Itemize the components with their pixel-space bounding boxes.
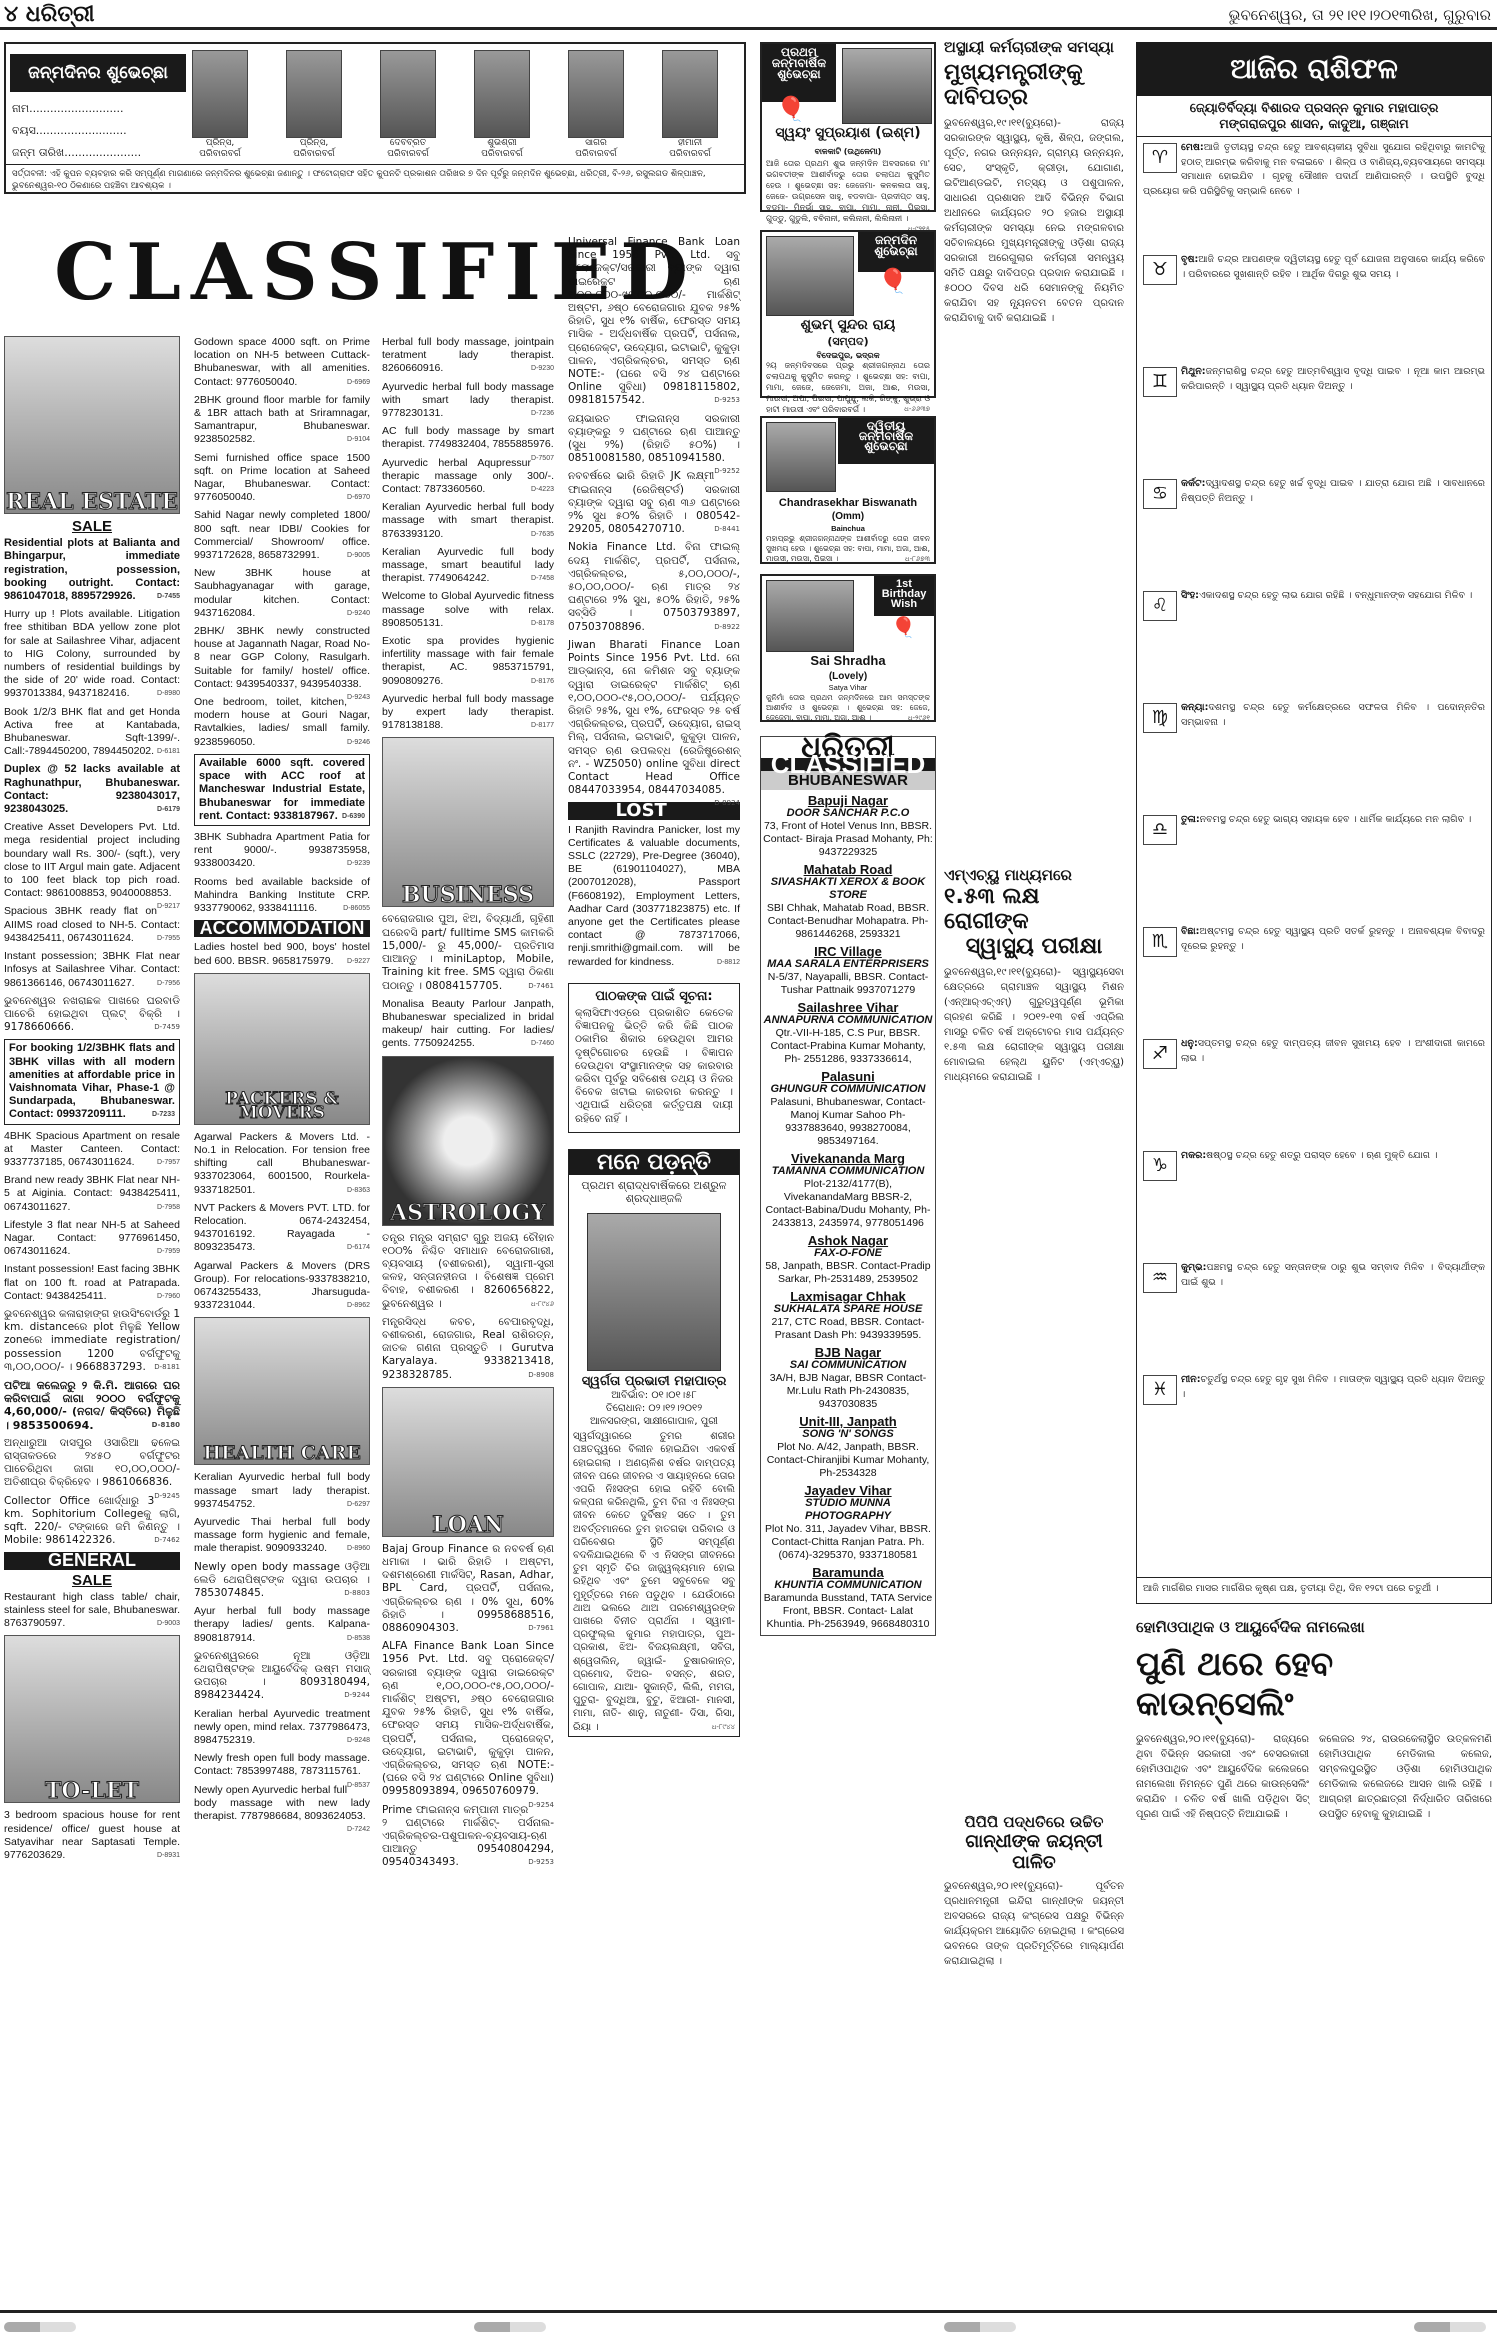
horoscope-sign-sagittarius: ♐ଧନୁ:ସପ୍ତମସ୍ଥ ଚନ୍ଦ୍ର ହେତୁ ଦାମ୍ପତ୍ୟ ଜୀବନ … bbox=[1143, 1037, 1485, 1147]
reader-notice-box: ପାଠକଙ୍କ ପାଇଁ ସୂଚନା: କ୍ଲାସିଫାଏଡ୍‌ରେ ପ୍ରକା… bbox=[568, 983, 740, 1133]
story2-kicker: ଏମ୍‌ଏଚ୍‌ୟୁ ମାଧ୍ୟମରେ bbox=[944, 866, 1124, 884]
horoscope-sign-aquarius: ♒କୁମ୍ଭ:ପଞ୍ଚମସ୍ଥ ଚନ୍ଦ୍ର ହେତୁ ସନ୍ତାନଙ୍କ ଠା… bbox=[1143, 1261, 1485, 1371]
classified-ad: Universal Finance Bank Loan Since 1956 P… bbox=[568, 236, 740, 408]
homeo-story-body: ଭୁବନେଶ୍ୱର,୨୦।୧୧(ବ୍ୟୁରୋ)- ରାଜ୍ୟରେ ଥିବା ବି… bbox=[1136, 1732, 1492, 1822]
horoscope-sign-cancer: ♋କର୍କଟ:ଦ୍ୱାଦଶସ୍ଥ ଚନ୍ଦ୍ର ହେତୁ ଖର୍ଚ୍ଚ ବୃଦ୍… bbox=[1143, 477, 1485, 587]
horoscope-sign-virgo: ♍କନ୍ୟା:ଦଶମସ୍ଥ ଚନ୍ଦ୍ର ହେତୁ କର୍ମକ୍ଷେତ୍ରରେ … bbox=[1143, 701, 1485, 811]
classified-ad: Agarwal Packers & Movers Ltd. - No.1 in … bbox=[194, 1131, 370, 1197]
page-tab-marker bbox=[4, 2322, 76, 2332]
story2-headline-2: ସ୍ୱାସ୍ଥ୍ୟ ପରୀକ୍ଷା bbox=[944, 934, 1124, 959]
classified-ad: Ayurvedic herbal Aqupressur therapic mas… bbox=[382, 457, 554, 497]
reader-notice-title: ପାଠକଙ୍କ ପାଇଁ ସୂଚନା: bbox=[575, 990, 733, 1003]
wish-name: Chandrasekhar Biswanath bbox=[762, 498, 934, 508]
dateline: ଭୁବନେଶ୍ୱର, ତା ୨୧।୧୧।୨୦୧୩ରିଖ, ଗୁରୁବାର bbox=[1229, 6, 1491, 24]
directory-entry: BJB NagarSAI COMMUNICATION3A/H, BJB Naga… bbox=[763, 1346, 933, 1411]
directory-title: CLASSIFIED bbox=[761, 758, 935, 771]
homeo-story-col-left: ଭୁବନେଶ୍ୱର,୨୦।୧୧(ବ୍ୟୁରୋ)- ରାଜ୍ୟରେ ଥିବା ବି… bbox=[1136, 1732, 1309, 1822]
story1-body: ଭୁବନେଶ୍ୱର,୧୯।୧୧(ବ୍ୟୁରୋ)- ରାଜ୍ୟ ସରକାରଙ୍କ … bbox=[944, 116, 1124, 856]
birthday-wish-ad: 1st Birthday Wish 🎈 Sai Shradha (Lovely)… bbox=[760, 574, 936, 722]
memorial-header: ମନେ ପଡ଼ନ୍ତି bbox=[569, 1150, 739, 1175]
horoscope-sign-pisces: ♓ମୀନ:ଚତୁର୍ଥସ୍ଥ ଚନ୍ଦ୍ର ହେତୁ ଗୃହ ସୁଖ ମିଳିବ… bbox=[1143, 1373, 1485, 1483]
story3-body: ଭୁବନେଶ୍ୱର,୨୦।୧୧(ବ୍ୟୁରୋ)- ପୂର୍ବତନ ପ୍ରଧାନମ… bbox=[944, 1879, 1124, 1969]
accommodation-heading: ACCOMMODATION bbox=[194, 920, 370, 937]
classified-ad: Residential plots at Balianta and Bhinga… bbox=[4, 537, 180, 603]
classified-ad: AC full body massage by smart therapist.… bbox=[382, 425, 554, 451]
reader-notice-body: କ୍ଲାସିଫାଏଡ୍‌ରେ ପ୍ରକାଶିତ କେତେକ ବିଜ୍ଞାପନକୁ… bbox=[575, 1007, 733, 1126]
story3-headline: ଗାନ୍ଧୀଙ୍କ ଜୟନ୍ତୀ ପାଳିତ bbox=[944, 1831, 1124, 1873]
birthday-wish-ad: ଜନ୍ମଦିନ ଶୁଭେଚ୍ଛା 🎈 ଶୁଭମ୍ ସୁନ୍ଦର ରାୟ (ସମ୍… bbox=[760, 230, 936, 398]
kid-photo bbox=[380, 50, 436, 138]
classified-ad: NVT Packers & Movers PVT. LTD. for Reloc… bbox=[194, 1202, 370, 1255]
directory-entry: PalasuniGHUNGUR COMMUNICATIONPalasuni, B… bbox=[763, 1070, 933, 1148]
astrology-label: ASTROLOGY bbox=[383, 1207, 553, 1220]
astrologer-name: ଜ୍ୟୋତିର୍ବିଦ୍ୟା ବିଶାରଦ ପ୍ରସନ୍ନ କୁମାର ମହାପ… bbox=[1137, 96, 1491, 116]
classified-ad: Newly open Ayurvedic herbal full body ma… bbox=[194, 1784, 370, 1824]
directory-entry: Unit-III, JanpathSONG 'N' SONGSPlot No. … bbox=[763, 1415, 933, 1480]
classified-ad: 3BHK Subhadra Apartment Patia for rent 9… bbox=[194, 831, 370, 871]
directory-entry: Laxmisagar ChhakSUKHALATA SPARE HOUSE217… bbox=[763, 1290, 933, 1342]
balloons-icon: 🎈 bbox=[878, 276, 908, 287]
page-bottom-rule bbox=[0, 2310, 1497, 2313]
directory-entry: Sailashree ViharANNAPURNA COMMUNICATIONQ… bbox=[763, 1001, 933, 1066]
horoscope-sign-libra: ♎ତୁଳା:ନବମସ୍ଥ ଚନ୍ଦ୍ର ହେତୁ ଭାଗ୍ୟ ସହାୟକ ହେବ… bbox=[1143, 813, 1485, 923]
packers-movers-image: PACKERS & MOVERS bbox=[194, 973, 370, 1125]
horoscope-sign-leo: ♌ସିଂହ:ଏକାଦଶସ୍ଥ ଚନ୍ଦ୍ର ହେତୁ ଲାଭ ଯୋଗ ରହିଛି… bbox=[1143, 589, 1485, 699]
horoscope-title: ଆଜିର ରାଶିଫଳ bbox=[1136, 42, 1492, 96]
classified-ad: New 3BHK house at Saubhagyanagar with ga… bbox=[194, 567, 370, 620]
column-wishes-directory: ପ୍ରଥମ ଜନ୍ମବାର୍ଷିକ ଶୁଭେଚ୍ଛା 🎈 ସ୍ୱୟଂ ସୁପ୍ର… bbox=[760, 42, 936, 1636]
wish-body: ଆଜି ତୋର ପ୍ରଥମ ଶୁଭ ଜନ୍ମଦିନ ଅବସରରେ ମା' ଭଗବ… bbox=[766, 158, 930, 235]
classified-ad: ଭୁବନେଶ୍ୱର ନଖରାଛକ ପାଖରେ ଘରବାଡି ପାଚେରି ହୋଇ… bbox=[4, 995, 180, 1035]
classified-ad: Hurry up ! Plots available. Litigation f… bbox=[4, 608, 180, 700]
kid-card: ପ୍ରିନ୍ସ,ପରିବାରବର୍ଗ bbox=[192, 50, 248, 160]
wish-label: 1st Birthday Wish bbox=[874, 576, 934, 616]
kid-card: ହୀମାନୀପରିବାରବର୍ଗ bbox=[662, 50, 718, 160]
scorpio-icon: ♏ bbox=[1143, 927, 1177, 957]
coupon-dob-field: ଜନ୍ମ ତାରିଖ...................... bbox=[12, 146, 141, 160]
memorial-born: ଆବିର୍ଭାବ: ୦୧।୦୧।୫୮ bbox=[569, 1389, 739, 1402]
directory-entry: Ashok NagarFAX-O-FONE58, Janpath, BBSR. … bbox=[763, 1234, 933, 1286]
wish-body: ମହାପ୍ରଭୁ ଶ୍ରୀଜଗନ୍ନାଥଙ୍କ ଆଶୀର୍ବାଦରୁ ତୋର ଜ… bbox=[766, 534, 930, 564]
classified-ad: Keralian Ayurvedic herbal full body mass… bbox=[194, 1471, 370, 1511]
classified-ad: Welcome to Global Ayurvedic fitness mass… bbox=[382, 590, 554, 630]
classified-ad: Prime ଫାଇନାନ୍ସ କମ୍ପାନୀ ମାତ୍ର ୨ ଘଣ୍ଟାରେ ମ… bbox=[382, 1804, 554, 1870]
horoscope-box: ଜ୍ୟୋତିର୍ବିଦ୍ୟା ବିଶାରଦ ପ୍ରସନ୍ନ କୁମାର ମହାପ… bbox=[1136, 96, 1492, 1604]
directory-entry: BaramundaKHUNTIA COMMUNICATIONBaramunda … bbox=[763, 1566, 933, 1631]
column-real-estate: REAL ESTATE SALE Residential plots at Ba… bbox=[4, 336, 180, 1867]
kid-photo bbox=[474, 50, 530, 138]
classified-ad: Sahid Nagar newly completed 1800/ 800 sq… bbox=[194, 509, 370, 562]
classified-ad: ଭୁବନେଶ୍ୱରରେ ନୂଆ ଓଡ଼ିଆ ଥେରାପିଷ୍ଟଙ୍କ ଆୟୁର୍… bbox=[194, 1650, 370, 1703]
homeo-story-col-right: କଲେଜର ୨୪, ରାଉରକେଲାସ୍ଥିତ ଉତ୍କଳମଣି ହୋମିଓପା… bbox=[1319, 1732, 1492, 1822]
classified-ad: Ayur herbal full body massage therapy la… bbox=[194, 1605, 370, 1645]
classified-ad: One bedroom, toilet, kitchen, modern hou… bbox=[194, 696, 370, 749]
coupon-terms: ସର୍ତ୍ତାବଳୀ: ଏହି କୁପନ ବ୍ୟବହାର କରି ସମ୍ପୂର୍… bbox=[6, 164, 744, 195]
directory-entry: Jayadev ViharSTUDIO MUNNA PHOTOGRAPHYPlo… bbox=[763, 1484, 933, 1562]
baby-photo bbox=[766, 422, 836, 492]
birthday-wish-ad: ଦ୍ୱିତୀୟ ଜନ୍ମବାର୍ଷିକ ଶୁଭେଚ୍ଛା Chandrasekh… bbox=[760, 416, 936, 564]
page-tab-marker bbox=[944, 2322, 1016, 2332]
classified-ad: Godown space 4000 sqft. on Prime locatio… bbox=[194, 336, 370, 389]
story2-body: ଭୁବନେଶ୍ୱର,୧୯।୧୧(ବ୍ୟୁରୋ)- ସ୍ୱାସ୍ଥ୍ୟସେବା କ… bbox=[944, 965, 1124, 1805]
leo-icon: ♌ bbox=[1143, 591, 1177, 621]
wish-label: ପ୍ରଥମ ଜନ୍ମବାର୍ଷିକ ଶୁଭେଚ୍ଛା bbox=[762, 44, 836, 102]
kid-card: ଦେବବ୍ରତପରିବାରବର୍ଗ bbox=[380, 50, 436, 160]
memorial-subtitle: ପ୍ରଥମ ଶ୍ରାଦ୍ଧବାର୍ଷିକରେ ଅଶ୍ରୁଳ ଶ୍ରଦ୍ଧାଞ୍ଜ… bbox=[569, 1175, 739, 1209]
libra-icon: ♎ bbox=[1143, 815, 1177, 845]
classified-ad: Brand new ready 3BHK Flat near NH-5 at A… bbox=[4, 1174, 180, 1214]
classified-ad: Semi furnished office space 1500 sqft. o… bbox=[194, 452, 370, 505]
classified-ad: Bajaj Group Finance ର ନବବର୍ଷ ଋଣ ଧମାକା । … bbox=[382, 1543, 554, 1635]
real-estate-label: REAL ESTATE bbox=[5, 496, 179, 509]
kid-photo bbox=[568, 50, 624, 138]
birthday-coupon-title: ଜନ୍ମଦିନର ଶୁଭେଚ୍ଛା bbox=[10, 54, 186, 92]
wish-label: ଜନ୍ମଦିନ ଶୁଭେଚ୍ଛା bbox=[858, 232, 934, 272]
cancer-icon: ♋ bbox=[1143, 479, 1177, 509]
wish-name: ସ୍ୱୟଂ ସୁପ୍ରୟାଶ (ଇଶ୍ମ) bbox=[762, 128, 934, 139]
classified-ad: Ayurvedic herbal full body massage by ex… bbox=[382, 693, 554, 733]
sagittarius-icon: ♐ bbox=[1143, 1039, 1177, 1069]
page-tab-marker bbox=[1414, 2322, 1486, 2332]
column-horoscope: ଆଜିର ରାଶିଫଳ ଜ୍ୟୋତିର୍ବିଦ୍ୟା ବିଶାରଦ ପ୍ରସନ୍… bbox=[1136, 42, 1492, 1822]
birthday-wish-ad: ପ୍ରଥମ ଜନ୍ମବାର୍ଷିକ ଶୁଭେଚ୍ଛା 🎈 ସ୍ୱୟଂ ସୁପ୍ର… bbox=[760, 42, 936, 212]
masthead: ୪ ଧରିତ୍ରୀ ଭୁବନେଶ୍ୱର, ତା ୨୧।୧୧।୨୦୧୩ରିଖ, ଗ… bbox=[0, 0, 1497, 30]
coupon-name-field: ନାମ........................... bbox=[12, 102, 123, 116]
general-heading: GENERAL bbox=[4, 1552, 180, 1569]
real-estate-image: REAL ESTATE bbox=[4, 336, 180, 514]
loan-image: LOAN bbox=[382, 1387, 554, 1537]
kid-photo bbox=[192, 50, 248, 138]
classified-ad: Duplex @ 52 lacks available at Raghunath… bbox=[4, 763, 180, 816]
homeo-story-kicker: ହୋମିଓପାଥିକ ଓ ଆୟୁର୍ବେଦିକ ନାମଲେଖା bbox=[1136, 1618, 1492, 1636]
story1-kicker: ଅସ୍ଥାୟୀ କର୍ମଚାରୀଙ୍କ ସମସ୍ୟା bbox=[944, 38, 1124, 56]
memorial-body: ସ୍ୱର୍ଗଦ୍ୱାରରେ ତୁମର ଶରୀର ପଞ୍ଚତତ୍ତ୍ୱରେ ବିଲ… bbox=[569, 1428, 739, 1736]
classified-ad: Restaurant high class table/ chair, stai… bbox=[4, 1591, 180, 1631]
horoscope-sign-capricorn: ♑ମକର:ଷଷ୍ଠସ୍ଥ ଚନ୍ଦ୍ର ହେତୁ ଶତ୍ରୁ ପରାସ୍ତ ହେ… bbox=[1143, 1149, 1485, 1259]
wish-nickname: (ସମ୍ପଦ) bbox=[762, 336, 934, 347]
classified-ad: ନବବର୍ଷରେ ଭାରି ରିହାତି JK ଲକ୍ଷ୍ମୀ ଫାଇନାନ୍ସ… bbox=[568, 470, 740, 536]
kid-card: ଶୁଭଶ୍ରୀପରିବାରବର୍ଗ bbox=[474, 50, 530, 160]
wish-place: Satya Vihar bbox=[762, 683, 934, 693]
classified-ad: Exotic spa provides hygienic infertility… bbox=[382, 635, 554, 688]
packers-movers-label: PACKERS & MOVERS bbox=[195, 1093, 369, 1119]
classified-ad: Herbal full body massage, jointpain tera… bbox=[382, 336, 554, 376]
classified-ad: Collector Office ଖୋର୍ଦ୍ଧାରୁ 3 km. Sophit… bbox=[4, 1495, 180, 1548]
classified-ad: 4BHK Spacious Apartment on resale at Mas… bbox=[4, 1130, 180, 1170]
kid-card: ପ୍ରିନ୍ସ,ପରିବାରବର୍ଗ bbox=[286, 50, 342, 160]
birthday-coupon-strip: ଜନ୍ମଦିନର ଶୁଭେଚ୍ଛା ନାମ...................… bbox=[4, 42, 746, 194]
business-label: BUSINESS bbox=[383, 889, 553, 902]
wish-body: ୨ୟ ଜନ୍ମଦିବସରେ ପ୍ରଭୁ ଶ୍ରୀଜଗନ୍ନାଥ ତୋର ଚଲାପ… bbox=[766, 360, 930, 415]
classified-ad: ଜୟଭାରତ ଫାଇନାନ୍ସ ସରକାରୀ ବ୍ୟାଙ୍କରୁ ୨ ଘଣ୍ଟା… bbox=[568, 413, 740, 466]
directory-entry: IRC VillageMAA SARALA ENTERPRISERSN-5/37… bbox=[763, 945, 933, 997]
memorial-died: ତିରୋଧାନ: ୦୨।୧୨।୨୦୧୨ bbox=[569, 1402, 739, 1415]
capricorn-icon: ♑ bbox=[1143, 1151, 1177, 1181]
directory-entry: Bapuji NagarDOOR SANCHAR P.C.O73, Front … bbox=[763, 794, 933, 859]
horoscope-sign-scorpio: ♏ବିଛା:ଅଷ୍ଟମସ୍ଥ ଚନ୍ଦ୍ର ହେତୁ ସ୍ୱାସ୍ଥ୍ୟ ପ୍ର… bbox=[1143, 925, 1485, 1035]
kid-photo bbox=[662, 50, 718, 138]
homeo-story-headline: ପୁଣି ଥରେ ହେବ କାଉନ୍‌ସେଲିଂ bbox=[1136, 1644, 1492, 1724]
classified-ad: ଭୁବନେଶ୍ୱର କଳାରାହାଙ୍ଗ ହାଉସିଂବୋର୍ଡରୁ 1 km.… bbox=[4, 1308, 180, 1374]
classified-ad: Nokia Finance Ltd. ବିନା ଫାଇଲ୍ ଦେୟ ମାର୍କଶ… bbox=[568, 541, 740, 633]
gemini-icon: ♊ bbox=[1143, 367, 1177, 397]
kid-photo bbox=[286, 50, 342, 138]
classified-ad: Instant possession! East facing 3BHK fla… bbox=[4, 1263, 180, 1303]
general-sale-heading: SALE bbox=[4, 1574, 180, 1587]
story2-headline-1: ୧.୫୩ ଲକ୍ଷ ରୋଗୀଙ୍କ bbox=[944, 884, 1124, 934]
story1-headline: ମୁଖ୍ୟମନ୍ତ୍ରୀଙ୍କୁ ଦାବିପତ୍ର bbox=[944, 60, 1124, 110]
wish-label: ଦ୍ୱିତୀୟ ଜନ୍ମବାର୍ଷିକ ଶୁଭେଚ୍ଛା bbox=[838, 418, 934, 464]
horoscope-sign-taurus: ♉ବୃଷ:ଆଜି ଚନ୍ଦ୍ର ଆପଣଙ୍କ ଦ୍ୱିତୀୟସ୍ଥ ହେତୁ ପ… bbox=[1143, 253, 1485, 363]
classified-ad: Keralian herbal Ayurvedic treatment newl… bbox=[194, 1708, 370, 1748]
business-image: BUSINESS bbox=[382, 737, 554, 907]
memorial-photo bbox=[587, 1213, 721, 1371]
classified-ad: Creative Asset Developers Pvt. Ltd. mega… bbox=[4, 821, 180, 900]
aries-icon: ♈ bbox=[1143, 143, 1177, 173]
kid-card: ସାଗରପରିବାରବର୍ଗ bbox=[568, 50, 624, 160]
baby-photo bbox=[766, 580, 854, 652]
memorial-box: ମନେ ପଡ଼ନ୍ତି ପ୍ରଥମ ଶ୍ରାଦ୍ଧବାର୍ଷିକରେ ଅଶ୍ରୁ… bbox=[568, 1149, 740, 1737]
baby-photo bbox=[842, 48, 932, 124]
classified-ad: Newly open body massage ଓଡ଼ିଆ ଲେଡି ଥେରାପ… bbox=[194, 1561, 370, 1601]
classified-ad: ମନ୍ତ୍ରସିଦ୍ଧ କବଚ, ବେପାରବୃଦ୍ଧି, ବଶୀକରଣ, ରୋ… bbox=[382, 1316, 554, 1382]
to-let-image: TO-LET bbox=[4, 1635, 180, 1803]
classified-ad: Book 1/2/3 BHK flat and get Honda Activa… bbox=[4, 706, 180, 759]
balloons-icon: 🎈 bbox=[776, 104, 806, 115]
classified-ad: 3 bedroom spacious house for rent reside… bbox=[4, 1809, 180, 1862]
classified-agents-directory: ଧରିତ୍ରୀ CLASSIFIED BHUBANESWAR Bapuji Na… bbox=[760, 736, 936, 1636]
horoscope-sign-gemini: ♊ମିଥୁନ:ଜନ୍ମରାଶିସ୍ଥ ଚନ୍ଦ୍ର ହେତୁ ଆତ୍ମବିଶ୍ୱ… bbox=[1143, 365, 1485, 475]
column-news: ଅସ୍ଥାୟୀ କର୍ମଚାରୀଙ୍କ ସମସ୍ୟା ମୁଖ୍ୟମନ୍ତ୍ରୀଙ… bbox=[944, 38, 1124, 1969]
classified-ad: Ladies hostel bed 900, boys' hostel bed … bbox=[194, 941, 370, 967]
wish-nickname: (Lovely) bbox=[762, 672, 934, 682]
wish-nickname: (Omm) bbox=[762, 512, 934, 522]
classified-ad: Rooms bed available backside of Mahindra… bbox=[194, 876, 370, 916]
horoscope-list: ♈ମେଷ:ଆଜି ତୃତୀୟସ୍ଥ ଚନ୍ଦ୍ର ହେତୁ ଆବଶ୍ୟକୀୟ ସ… bbox=[1137, 137, 1491, 1577]
classified-ad: 2BHK/ 3BHK newly constructed house at Ja… bbox=[194, 625, 370, 691]
loan-label: LOAN bbox=[383, 1519, 553, 1532]
directory-entry: Mahatab RoadSIVASHAKTI XEROX & BOOK STOR… bbox=[763, 863, 933, 941]
classified-ad: ଅନ୍ଧାରୁଆ ଦାସପୁର ଓସାରିଆ ଢଳେଇ ରାସ୍ତାକଡରେ ୨… bbox=[4, 1437, 180, 1490]
wish-place: ବାଳକାଟି (ଉଥିଳେମା) bbox=[762, 146, 934, 157]
horoscope-sign-aries: ♈ମେଷ:ଆଜି ତୃତୀୟସ୍ଥ ଚନ୍ଦ୍ର ହେତୁ ଆବଶ୍ୟକୀୟ ସ… bbox=[1143, 141, 1485, 251]
memorial-place: ଆଳସରଙ୍ଗ, ସାକ୍ଷୀଗୋପାଳ, ପୁରୀ bbox=[569, 1415, 739, 1428]
classified-ad-boxed: Available 6000 sqft. covered space with … bbox=[194, 754, 370, 826]
column-massage-business-astrology-loan: Herbal full body massage, jointpain tera… bbox=[382, 336, 554, 1875]
classified-ad: Spacious 3BHK ready flat on AIIMS road c… bbox=[4, 905, 180, 945]
balloons-icon: 🎈 bbox=[891, 622, 916, 632]
wish-name: ଶୁଭମ୍ ସୁନ୍ଦର ରାୟ bbox=[762, 320, 934, 331]
classified-ad: ପଟିଆ କଲେଜରୁ ୨ କି.ମି. ଆଗରେ ଘର କରିବାପାଇଁ ଜ… bbox=[4, 1379, 180, 1432]
sale-heading: SALE bbox=[4, 520, 180, 533]
story3-kicker: ପିପିପି ପଦ୍ଧତିରେ ଉଚ୍ଚିତ bbox=[944, 1813, 1124, 1831]
health-care-image: HEALTH CARE bbox=[194, 1317, 370, 1465]
classified-ad: Monalisa Beauty Parlour Janpath, Bhubane… bbox=[382, 998, 554, 1051]
classified-ad: Jiwan Bharati Finance Loan Points Since … bbox=[568, 639, 740, 797]
classified-ad: Instant possession; 3BHK Flat near Infos… bbox=[4, 950, 180, 990]
classified-ad: ତନ୍ତ୍ର ମନ୍ତ୍ର ସମ୍ରାଟ ଗୁରୁ ଅଜୟ ଚୌହାନ ୧୦୦%… bbox=[382, 1232, 554, 1311]
classified-ad: ବେରୋଜଗାର ପୁଅ, ଝିଅ, ବିଦ୍ୟାର୍ଥୀ, ଗୃହିଣୀ ଘର… bbox=[382, 913, 554, 992]
classified-ad: Keralian Ayurvedic full body massage, sm… bbox=[382, 546, 554, 586]
virgo-icon: ♍ bbox=[1143, 703, 1177, 733]
classified-ad: Ayurvedic Thai herbal full body massage … bbox=[194, 1516, 370, 1556]
wish-place: Bainchua bbox=[762, 524, 934, 534]
directory-entry: Vivekananda MargTAMANNA COMMUNICATIONPlo… bbox=[763, 1152, 933, 1230]
classified-ad: Agarwal Packers & Movers (DRS Group). Fo… bbox=[194, 1260, 370, 1313]
coupon-age-field: ବୟସ.......................... bbox=[12, 124, 127, 138]
column-finance-lost-memorial: Universal Finance Bank Loan Since 1956 P… bbox=[568, 236, 740, 1737]
aquarius-icon: ♒ bbox=[1143, 1263, 1177, 1293]
classified-ad: Newly fresh open full body massage. Cont… bbox=[194, 1752, 370, 1778]
wish-body: କୁନିମାଁ ତୋର ପ୍ରଥମ ଜନ୍ମଦିନରେ ଆମ ସମସ୍ତଙ୍କ … bbox=[766, 693, 930, 723]
pisces-icon: ♓ bbox=[1143, 1375, 1177, 1405]
classified-ad: I Ranjith Ravindra Panicker, lost my Cer… bbox=[568, 824, 740, 969]
horoscope-footer: ଆଜି ମାର୍ଗଶିର ମାସର ମାର୍ଗଶିର କୃଷ୍ଣ ପକ୍ଷ, ତ… bbox=[1137, 1577, 1491, 1601]
astrology-image: ASTROLOGY bbox=[382, 1056, 554, 1226]
baby-photo bbox=[766, 236, 854, 316]
classified-ad: Ayurvedic herbal full body massage with … bbox=[382, 381, 554, 421]
page-number-paper-name: ୪ ଧରିତ୍ରୀ bbox=[4, 2, 95, 27]
classified-ad: ALFA Finance Bank Loan Since 1956 Pvt. L… bbox=[382, 1640, 554, 1798]
astrologer-address: ମଙ୍ଗରାଜପୁର ଶାସନ, କାଦୁଆ, ଗଞ୍ଜାମ bbox=[1137, 116, 1491, 137]
column-rent-movers-health: Godown space 4000 sqft. on Prime locatio… bbox=[194, 336, 370, 1836]
classified-ad: 2BHK ground floor marble for family & 1B… bbox=[194, 394, 370, 447]
health-care-label: HEALTH CARE bbox=[195, 1447, 369, 1460]
page-tab-marker bbox=[474, 2322, 546, 2332]
memorial-name: ସ୍ୱର୍ଗତା ପ୍ରଭାତୀ ମହାପାତ୍ର bbox=[569, 1375, 739, 1388]
classified-ad-boxed: For booking 1/2/3BHK flats and 3BHK vill… bbox=[4, 1039, 180, 1124]
wish-name: Sai Shradha bbox=[762, 656, 934, 666]
classified-ad: Keralian Ayurvedic herbal full body mass… bbox=[382, 501, 554, 541]
classified-ad: Lifestyle 3 flat near NH-5 at Saheed Nag… bbox=[4, 1219, 180, 1259]
to-let-label: TO-LET bbox=[5, 1785, 179, 1798]
taurus-icon: ♉ bbox=[1143, 255, 1177, 285]
